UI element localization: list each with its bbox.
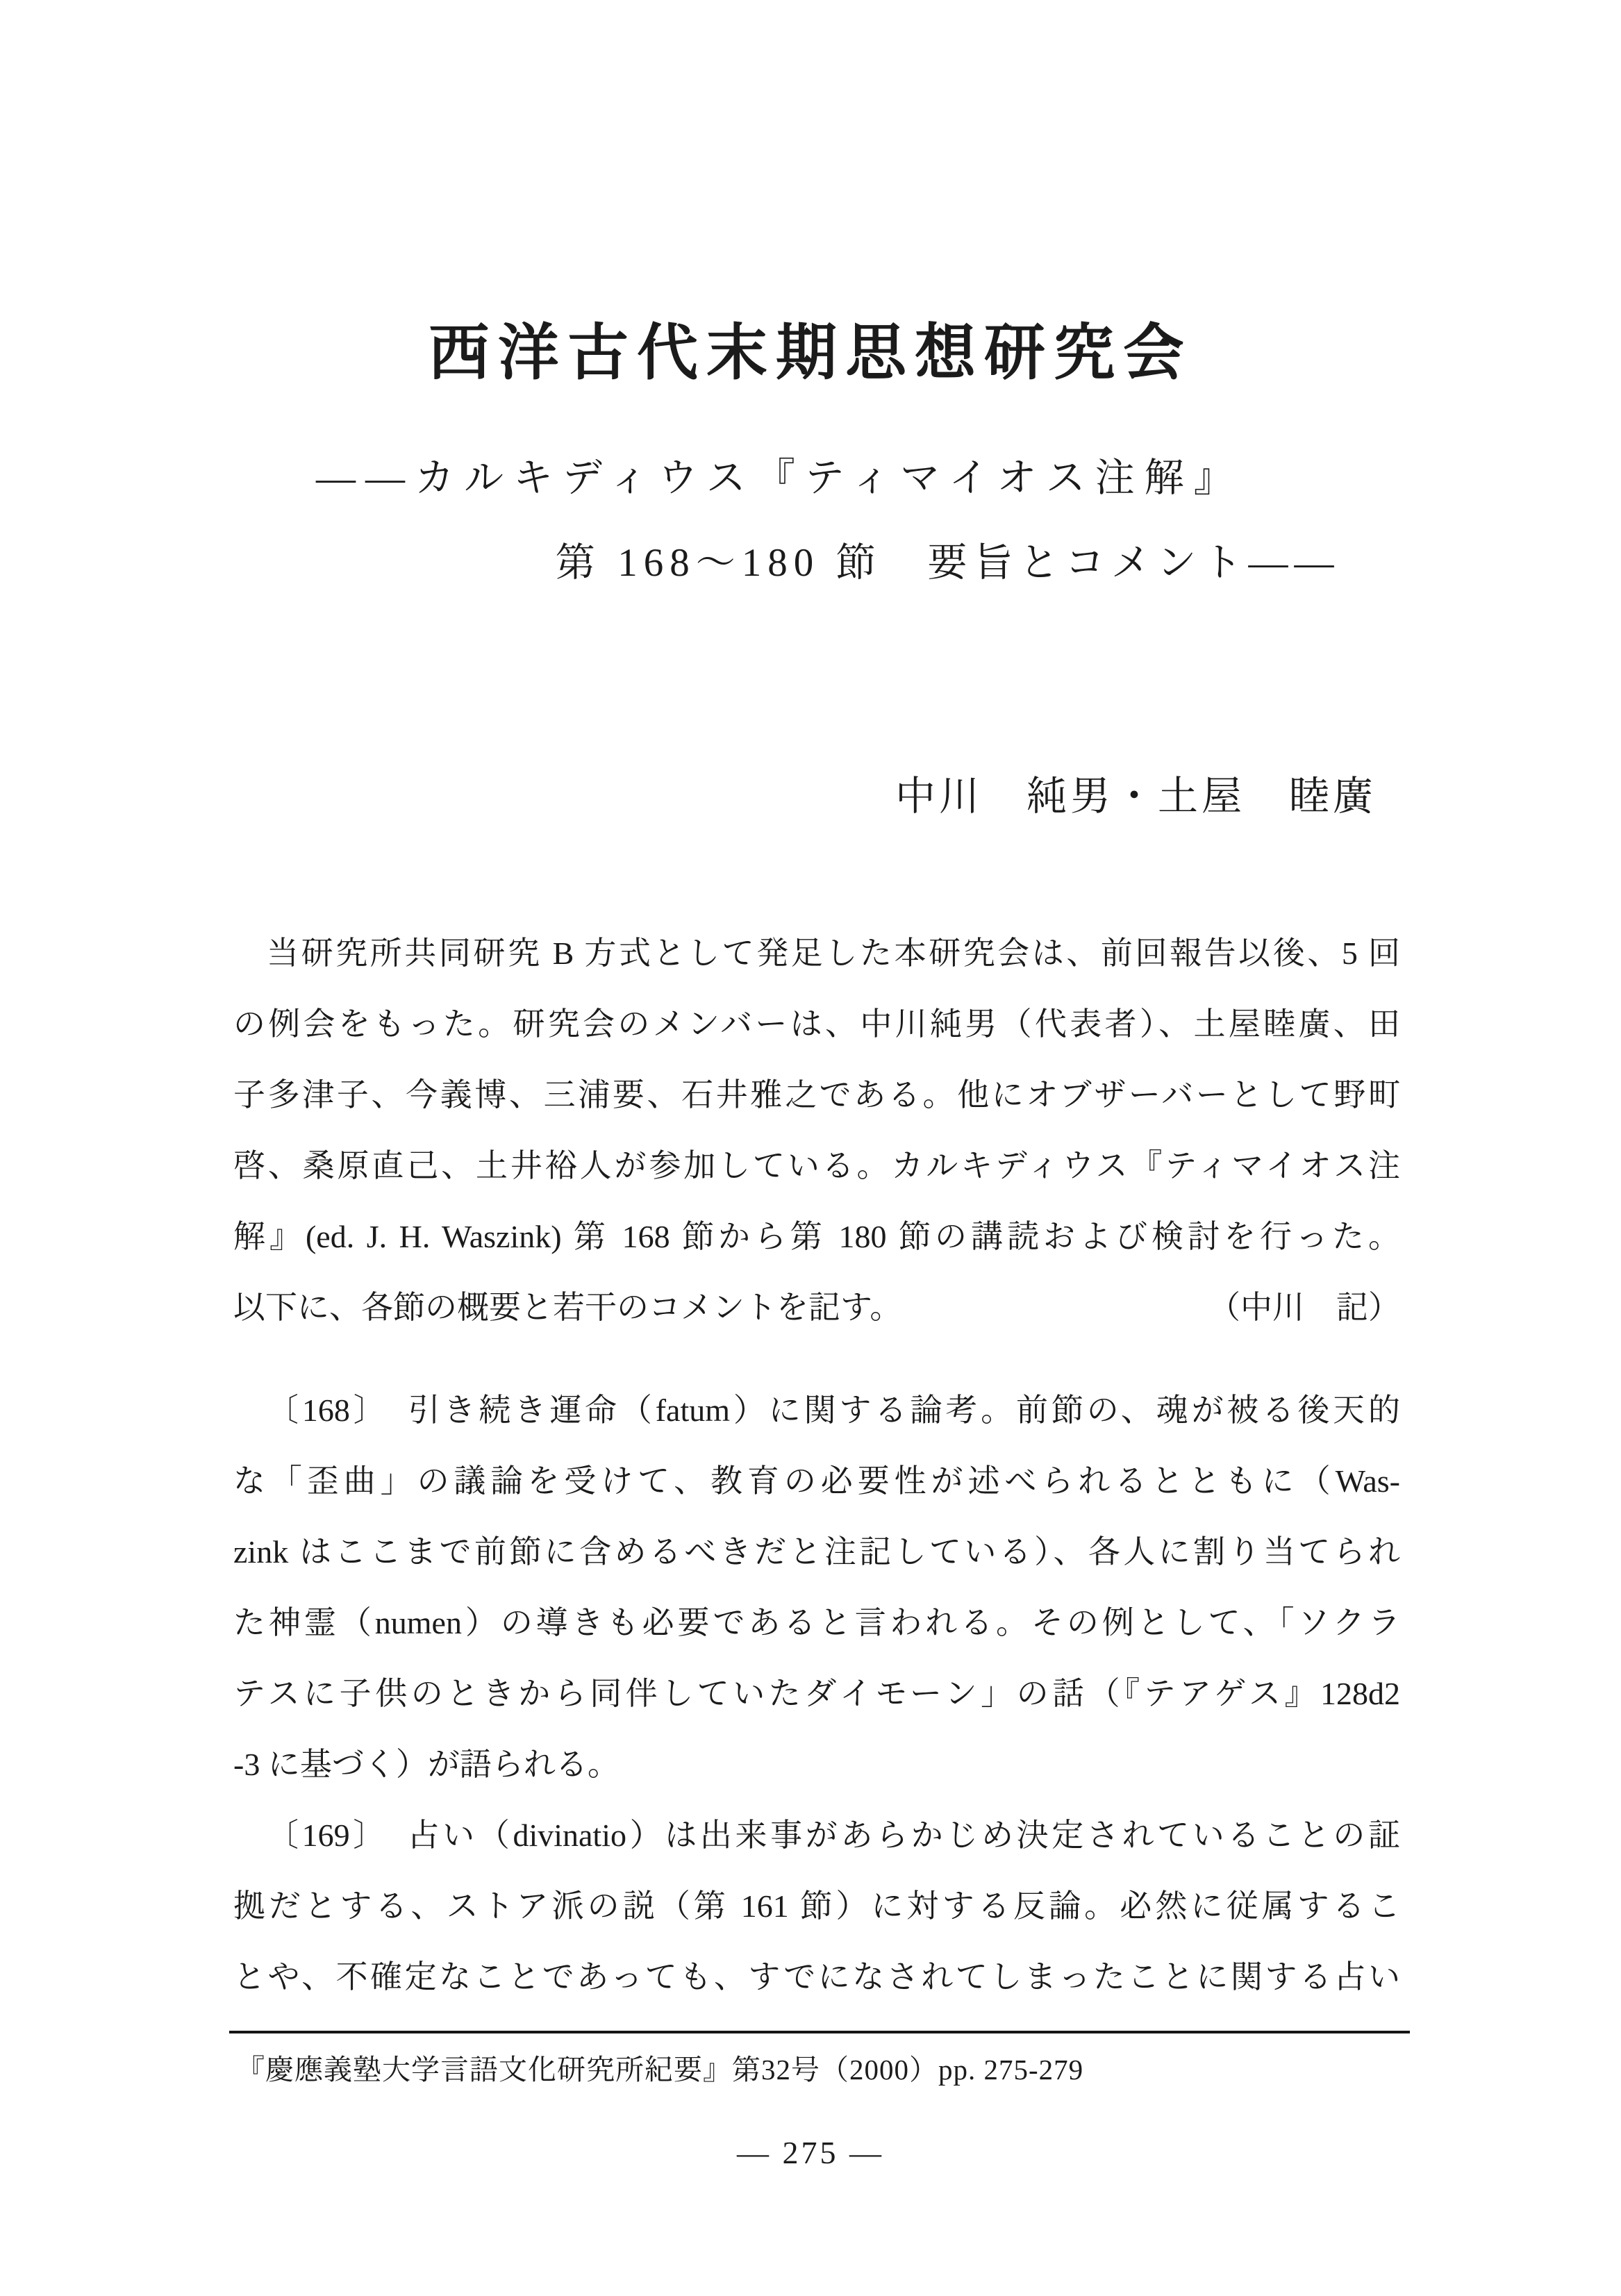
section-168-line-4: た神霊（numen）の導きも必要であると言われる。その例として、「ソクラ <box>233 1588 1400 1658</box>
intro-closing-line: 以下に、各節の概要と若干のコメントを記す。 （中川 記） <box>233 1272 1400 1343</box>
section-169-line-1: 〔169〕 占い（divinatio）は出来事があらかじめ決定されていることの証 <box>233 1800 1400 1871</box>
article-body: 当研究所共同研究 B 方式として発足した本研究会は、前回報告以後、5 回 の例会… <box>233 918 1400 2013</box>
footnote-rule <box>229 2031 1410 2033</box>
page-number: — 275 — <box>0 2133 1621 2172</box>
intro-line-1: 当研究所共同研究 B 方式として発足した本研究会は、前回報告以後、5 回 <box>233 918 1400 989</box>
intro-closing-text: 以下に、各節の概要と若干のコメントを記す。 <box>233 1272 901 1343</box>
intro-paragraph: 当研究所共同研究 B 方式として発足した本研究会は、前回報告以後、5 回 の例会… <box>233 918 1400 1343</box>
section-169-line-3: とや、不確定なことであっても、すでになされてしまったことに関する占い <box>233 1942 1400 2013</box>
scanned-paper-page: 西洋古代末期思想研究会 ——カルキディウス『ティマイオス注解』 第 168～18… <box>0 0 1621 2296</box>
intro-line-4: 啓、桑原直己、土井裕人が参加している。カルキディウス『ティマイオス注 <box>233 1131 1400 1201</box>
intro-line-5: 解』(ed. J. H. Waszink) 第 168 節から第 180 節の講… <box>233 1201 1400 1272</box>
intro-line-3: 子多津子、今義博、三浦要、石井雅之である。他にオブザーバーとして野町 <box>233 1060 1400 1131</box>
article-title: 西洋古代末期思想研究会 <box>0 324 1621 385</box>
intro-line-2: の例会をもった。研究会のメンバーは、中川純男（代表者）、土屋睦廣、田 <box>233 989 1400 1060</box>
section-168-line-3: zink はここまで前節に含めるべきだと注記している）、各人に割り当てられ <box>233 1517 1400 1588</box>
section-168-line-5: テスに子供のときから同伴していたダイモーン」の話（『テアゲス』128d2 <box>233 1658 1400 1729</box>
section-169-line-2: 拠だとする、ストア派の説（第 161 節）に対する反論。必然に従属するこ <box>233 1871 1400 1942</box>
section-168-line-1: 〔168〕 引き続き運命（fatum）に関する論考。前節の、魂が被る後天的 <box>233 1375 1400 1446</box>
journal-citation: 『慶應義塾大学言語文化研究所紀要』第32号（2000）pp. 275-279 <box>236 2053 1083 2087</box>
article-subtitle-line1: ——カルキディウス『ティマイオス注解』 <box>316 458 1243 498</box>
intro-closing-credit: （中川 記） <box>1208 1272 1400 1343</box>
section-168-line-6: -3 に基づく）が語られる。 <box>233 1729 1400 1800</box>
authors-line: 中川 純男・土屋 睦廣 <box>895 772 1377 821</box>
section-168-line-2: な「歪曲」の議論を受けて、教育の必要性が述べられるとともに（Was- <box>233 1446 1400 1517</box>
section-169-paragraph: 〔169〕 占い（divinatio）は出来事があらかじめ決定されていることの証… <box>233 1800 1400 2013</box>
section-168-paragraph: 〔168〕 引き続き運命（fatum）に関する論考。前節の、魂が被る後天的 な「… <box>233 1375 1400 1800</box>
article-subtitle-line2: 第 168～180 節 要旨とコメント—— <box>556 543 1340 583</box>
